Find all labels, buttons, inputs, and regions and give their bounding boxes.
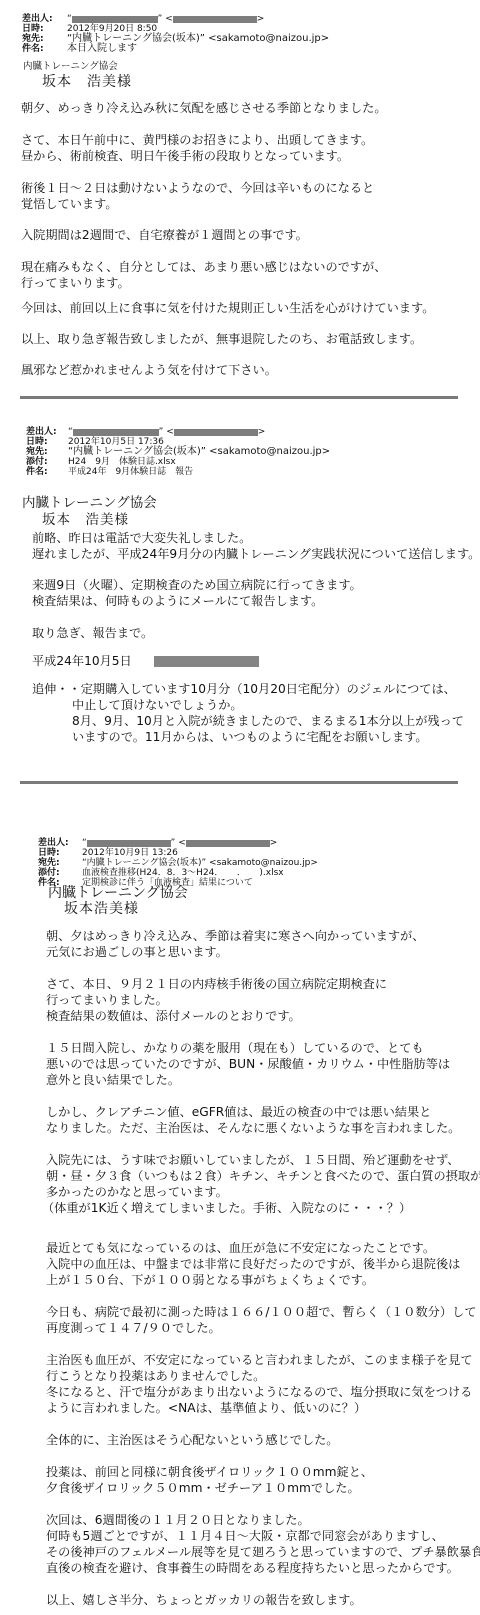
subject-value: 本日入院します xyxy=(67,44,137,54)
header-to-row: 宛先: “内臓トレーニング協会(坂本)” <sakamoto@naizou.jp… xyxy=(38,858,318,868)
signature-date: 平成24年10月5日 xyxy=(32,653,132,669)
redacted-signature xyxy=(154,656,259,667)
from-label: 差出人: xyxy=(22,14,67,24)
header-subject-row: 件名: 本日入院します xyxy=(22,44,329,54)
email-header: 差出人: “ ” < > 日時: 2012年9月20日 8:50 宛先: “内臓… xyxy=(22,14,329,54)
recipient-name: 坂本 浩美様 xyxy=(42,508,129,528)
email-header: 差出人: “ ” < > 日時: 2012年10月5日 17:36 宛先: “内… xyxy=(26,427,330,477)
redacted-sender-name xyxy=(87,840,171,847)
email-divider xyxy=(20,396,458,399)
recipient-name: 坂本浩美様 xyxy=(64,898,139,918)
header-attachment-row: 添付: H24 9月 体験日誌.xlsx xyxy=(26,457,330,467)
attachment-link[interactable]: 血液検査推移(H24．8．3～H24． ． ).xlsx xyxy=(82,868,284,878)
redacted-sender-email xyxy=(174,429,258,436)
email-divider xyxy=(20,781,458,784)
header-subject-row: 件名: 平成24年 9月体験日誌 報告 xyxy=(26,467,330,477)
recipient-name: 坂本 浩美様 xyxy=(42,71,132,91)
header-from-row: 差出人: “ ” < > xyxy=(38,838,318,848)
redacted-sender-email xyxy=(173,16,257,23)
email-header: 差出人: “ ” < > 日時: 2012年10月9日 13:26 宛先: “内… xyxy=(38,838,318,888)
redacted-sender-name xyxy=(72,16,158,23)
header-attachment-row: 添付: 血液検査推移(H24．8．3～H24． ． ).xlsx xyxy=(38,868,318,878)
header-from-row: 差出人: “ ” < > xyxy=(26,427,330,437)
header-from-row: 差出人: “ ” < > xyxy=(22,14,329,24)
header-date-row: 日時: 2012年10月9日 13:26 xyxy=(38,848,318,858)
redacted-sender-email xyxy=(186,840,270,847)
attachment-link[interactable]: H24 9月 体験日誌.xlsx xyxy=(68,457,176,467)
recipient-org: 内臓トレーニング協会 xyxy=(23,58,118,72)
from-value: “ ” < > xyxy=(67,14,264,24)
redacted-sender-name xyxy=(73,429,159,436)
header-to-row: 宛先: “内臓トレーニング協会(坂本)” <sakamoto@naizou.jp… xyxy=(26,447,330,457)
